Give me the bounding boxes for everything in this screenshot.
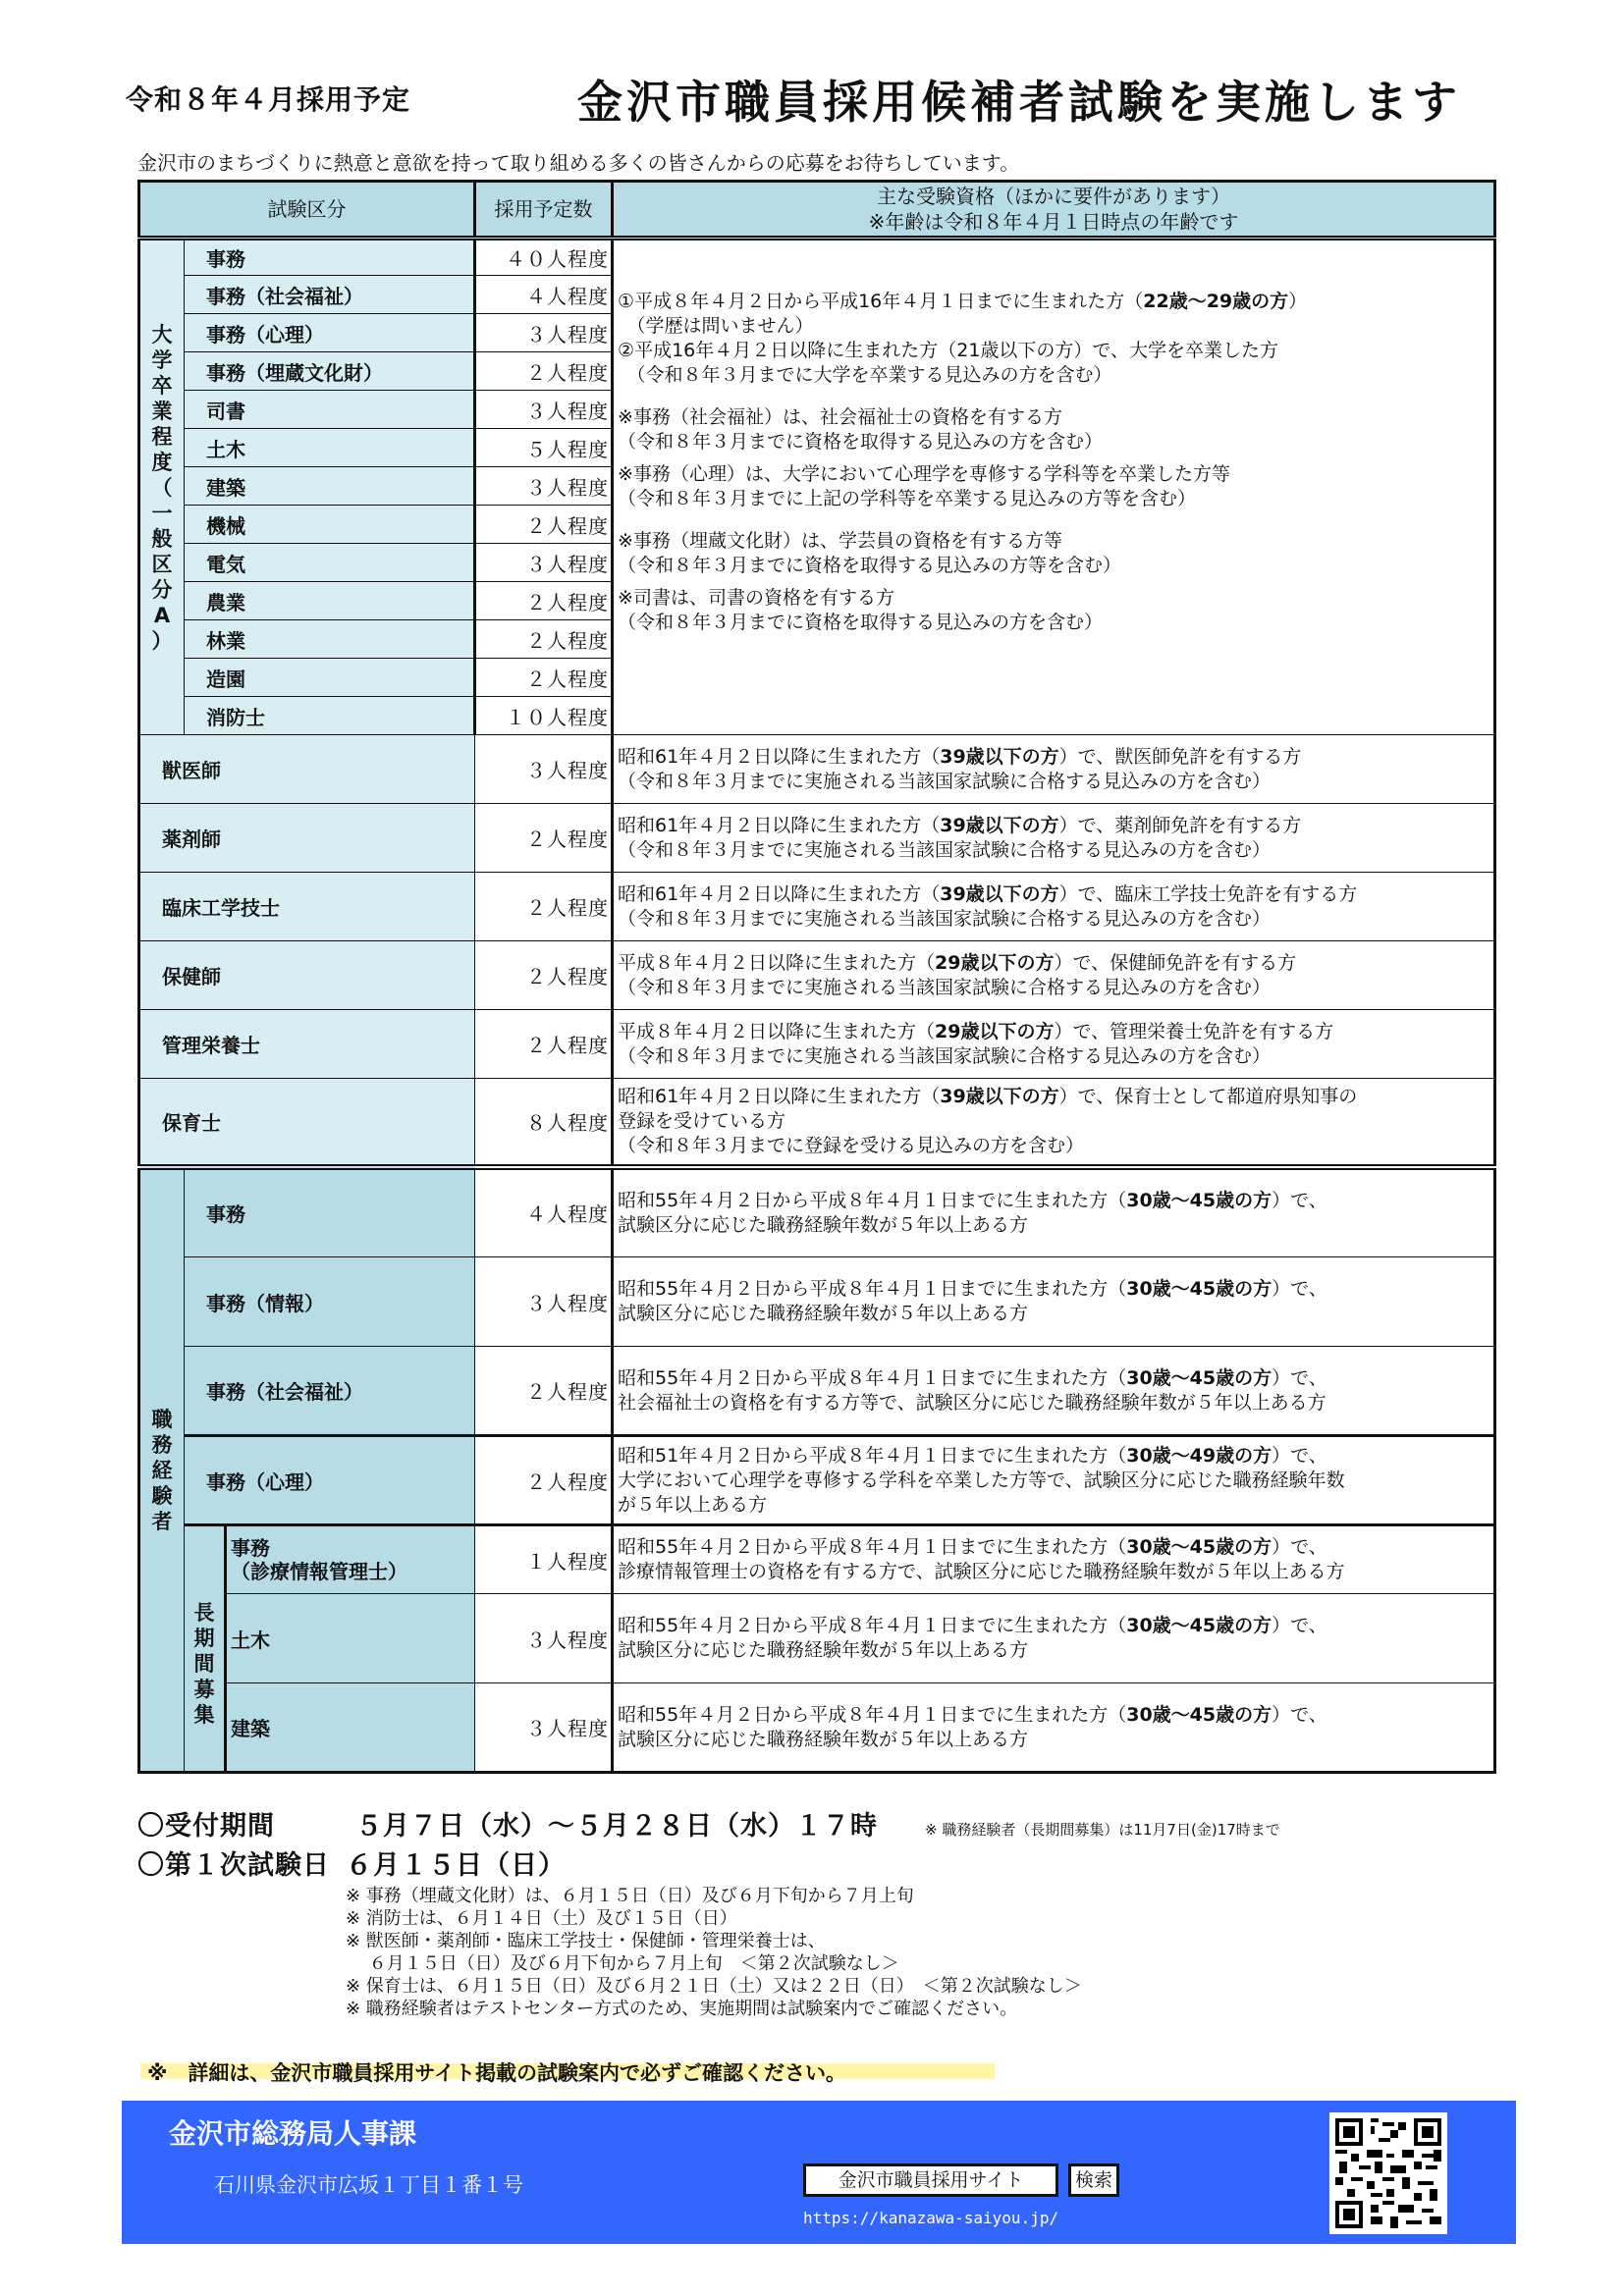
count-cell: ４０人程度 xyxy=(475,239,613,276)
count-cell: ３人程度 xyxy=(475,314,613,352)
application-note: ※ 職務経験者（長期間募集）は11月7日(金)17時まで xyxy=(925,1819,1280,1840)
category-cell: 事務（社会福祉） xyxy=(185,1347,475,1436)
intro-text: 金沢市のまちづくりに熱意と意欲を持って取り組める多くの皆さんからの応募をお待ちし… xyxy=(137,147,1019,176)
category-cell: 事務 xyxy=(185,239,475,276)
table-row: 職務経験者 事務 ４人程度 昭和55年４月２日から平成８年４月１日までに生まれた… xyxy=(139,1167,1495,1257)
category-cell: 獣医師 xyxy=(139,735,475,804)
table-row: 長期間募集 事務（診療情報管理士） １人程度 昭和55年４月２日から平成８年４月… xyxy=(139,1525,1495,1594)
category-cell: 機械 xyxy=(185,506,475,544)
page-title: 金沢市職員採用候補者試験を実施します xyxy=(577,67,1461,132)
category-cell: 臨床工学技士 xyxy=(139,873,475,941)
table-row: 建築 ３人程度 昭和55年４月２日から平成８年４月１日までに生まれた方（30歳～… xyxy=(139,1683,1495,1773)
qualification-cell: 昭和61年４月２日以降に生まれた方（39歳以下の方）で、薬剤師免許を有する方（令… xyxy=(613,804,1495,873)
qualification-cell: 昭和55年４月２日から平成８年４月１日までに生まれた方（30歳～45歳の方）で、… xyxy=(613,1594,1495,1683)
schedule-notes: ※ 事務（埋蔵文化財）は、６月１５日（日）及び６月下旬から７月上旬 ※ 消防士は… xyxy=(346,1885,1414,2020)
category-cell: 電気 xyxy=(185,544,475,582)
group-a-label: 大学卒業程度（一般区分A） xyxy=(139,239,185,735)
qualification-cell: 昭和61年４月２日以降に生まれた方（39歳以下の方）で、保育士として都道府県知事… xyxy=(613,1079,1495,1167)
category-cell: 事務（情報） xyxy=(185,1257,475,1347)
count-cell: １人程度 xyxy=(475,1525,613,1594)
count-cell: ２人程度 xyxy=(475,1436,613,1525)
header-count: 採用予定数 xyxy=(475,182,613,239)
category-cell: 建築 xyxy=(226,1683,475,1773)
schedule-note: ※ 消防士は、６月１４日（土）及び１５日（日） xyxy=(346,1907,1414,1930)
schedule-note: ※ 職務経験者はテストセンター方式のため、実施期間は試験案内でご確認ください。 xyxy=(346,1998,1414,2020)
count-cell: ２人程度 xyxy=(475,582,613,620)
qualification-cell: 昭和55年４月２日から平成８年４月１日までに生まれた方（30歳～45歳の方）で、… xyxy=(613,1525,1495,1594)
qualification-cell: 平成８年４月２日以降に生まれた方（29歳以下の方）で、保健師免許を有する方（令和… xyxy=(613,941,1495,1010)
table-row: 事務（情報） ３人程度 昭和55年４月２日から平成８年４月１日までに生まれた方（… xyxy=(139,1257,1495,1347)
table-row: 事務（社会福祉） ２人程度 昭和55年４月２日から平成８年４月１日までに生まれた… xyxy=(139,1347,1495,1436)
count-cell: ２人程度 xyxy=(475,1010,613,1079)
qualification-cell: 昭和61年４月２日以降に生まれた方（39歳以下の方）で、臨床工学技士免許を有する… xyxy=(613,873,1495,941)
table-row: 保育士 ８人程度 昭和61年４月２日以降に生まれた方（39歳以下の方）で、保育士… xyxy=(139,1079,1495,1167)
group-a-qualification: ①平成８年４月２日から平成16年４月１日までに生まれた方（22歳～29歳の方） … xyxy=(613,239,1495,735)
schedule-note: ６月１５日（日）及び６月下旬から７月上旬 ＜第２次試験なし＞ xyxy=(346,1952,1414,1975)
category-cell: 事務（埋蔵文化財） xyxy=(185,352,475,391)
count-cell: ２人程度 xyxy=(475,804,613,873)
search-input[interactable]: 金沢市職員採用サイト xyxy=(803,2163,1058,2197)
schedule-note: ※ 獣医師・薬剤師・臨床工学技士・保健師・管理栄養士は、 xyxy=(346,1930,1414,1952)
site-url-link[interactable]: https://kanazawa-saiyou.jp/ xyxy=(803,2209,1058,2227)
count-cell: １０人程度 xyxy=(475,697,613,735)
count-cell: ３人程度 xyxy=(475,1257,613,1347)
search-button[interactable]: 検索 xyxy=(1068,2163,1119,2197)
table-row: 事務（心理） ２人程度 昭和51年４月２日から平成８年４月１日までに生まれた方（… xyxy=(139,1436,1495,1525)
qualification-cell: 昭和61年４月２日以降に生まれた方（39歳以下の方）で、獣医師免許を有する方（令… xyxy=(613,735,1495,804)
count-cell: ４人程度 xyxy=(475,276,613,314)
qr-code-icon[interactable] xyxy=(1329,2112,1447,2234)
qualification-cell: 昭和55年４月２日から平成８年４月１日までに生まれた方（30歳～45歳の方）で、… xyxy=(613,1683,1495,1773)
category-cell: 司書 xyxy=(185,391,475,429)
long-term-label: 長期間募集 xyxy=(185,1525,226,1773)
count-cell: ２人程度 xyxy=(475,1347,613,1436)
count-cell: ２人程度 xyxy=(475,873,613,941)
footer-banner: 金沢市総務局人事課 石川県金沢市広坂１丁目１番１号 金沢市職員採用サイト 検索 … xyxy=(122,2101,1516,2244)
category-cell: 造園 xyxy=(185,659,475,697)
exam-date: 〇第１次試験日 ６月１５日（日） xyxy=(137,1843,1414,1883)
category-cell: 土木 xyxy=(226,1594,475,1683)
category-cell: 農業 xyxy=(185,582,475,620)
category-cell: 事務（診療情報管理士） xyxy=(226,1525,475,1594)
organization-name: 金沢市総務局人事課 xyxy=(169,2112,416,2152)
table-row: 保健師 ２人程度 平成８年４月２日以降に生まれた方（29歳以下の方）で、保健師免… xyxy=(139,941,1495,1010)
experienced-label: 職務経験者 xyxy=(139,1167,185,1773)
category-cell: 消防士 xyxy=(185,697,475,735)
category-cell: 事務（社会福祉） xyxy=(185,276,475,314)
organization-address: 石川県金沢市広坂１丁目１番１号 xyxy=(214,2169,523,2199)
table-row: 大学卒業程度（一般区分A） 事務 ４０人程度 ①平成８年４月２日から平成16年４… xyxy=(139,239,1495,276)
qualification-cell: 昭和55年４月２日から平成８年４月１日までに生まれた方（30歳～45歳の方）で、… xyxy=(613,1167,1495,1257)
count-cell: ３人程度 xyxy=(475,467,613,506)
count-cell: ４人程度 xyxy=(475,1167,613,1257)
category-cell: 事務（心理） xyxy=(185,1436,475,1525)
category-cell: 事務（心理） xyxy=(185,314,475,352)
qualification-cell: 昭和55年４月２日から平成８年４月１日までに生まれた方（30歳～45歳の方）で、… xyxy=(613,1347,1495,1436)
count-cell: ３人程度 xyxy=(475,1594,613,1683)
detail-note: ※ 詳細は、金沢市職員採用サイト掲載の試験案内で必ずご確認ください。 xyxy=(147,2057,846,2087)
count-cell: ３人程度 xyxy=(475,544,613,582)
qualification-cell: 昭和55年４月２日から平成８年４月１日までに生まれた方（30歳～45歳の方）で、… xyxy=(613,1257,1495,1347)
count-cell: ２人程度 xyxy=(475,352,613,391)
count-cell: ３人程度 xyxy=(475,391,613,429)
count-cell: ２人程度 xyxy=(475,620,613,659)
category-cell: 保健師 xyxy=(139,941,475,1010)
category-cell: 林業 xyxy=(185,620,475,659)
table-row: 土木 ３人程度 昭和55年４月２日から平成８年４月１日までに生まれた方（30歳～… xyxy=(139,1594,1495,1683)
recruitment-period-label: 令和８年４月採用予定 xyxy=(126,79,410,118)
category-cell: 事務 xyxy=(185,1167,475,1257)
category-cell: 管理栄養士 xyxy=(139,1010,475,1079)
table-row: 臨床工学技士 ２人程度 昭和61年４月２日以降に生まれた方（39歳以下の方）で、… xyxy=(139,873,1495,941)
count-cell: ２人程度 xyxy=(475,659,613,697)
count-cell: ８人程度 xyxy=(475,1079,613,1167)
qualification-cell: 昭和51年４月２日から平成８年４月１日までに生まれた方（30歳～49歳の方）で、… xyxy=(613,1436,1495,1525)
count-cell: ２人程度 xyxy=(475,941,613,1010)
table-row: 管理栄養士 ２人程度 平成８年４月２日以降に生まれた方（29歳以下の方）で、管理… xyxy=(139,1010,1495,1079)
count-cell: ３人程度 xyxy=(475,1683,613,1773)
category-cell: 土木 xyxy=(185,429,475,467)
count-cell: ２人程度 xyxy=(475,506,613,544)
category-cell: 建築 xyxy=(185,467,475,506)
schedule-section: 〇受付期間 ５月７日（水）～５月２８日（水）１７時 ※ 職務経験者（長期間募集）… xyxy=(137,1804,1414,2020)
table-row: 獣医師 ３人程度 昭和61年４月２日以降に生まれた方（39歳以下の方）で、獣医師… xyxy=(139,735,1495,804)
category-cell: 保育士 xyxy=(139,1079,475,1167)
schedule-note: ※ 保育士は、６月１５日（日）及び６月２１日（土）又は２２日（日） ＜第２次試験… xyxy=(346,1975,1414,1998)
table-row: 薬剤師 ２人程度 昭和61年４月２日以降に生まれた方（39歳以下の方）で、薬剤師… xyxy=(139,804,1495,873)
table-header-row: 試験区分 採用予定数 主な受験資格（ほかに要件があります） ※年齢は令和８年４月… xyxy=(139,182,1495,239)
exam-table: 試験区分 採用予定数 主な受験資格（ほかに要件があります） ※年齢は令和８年４月… xyxy=(137,180,1496,1774)
qualification-cell: 平成８年４月２日以降に生まれた方（29歳以下の方）で、管理栄養士免許を有する方（… xyxy=(613,1010,1495,1079)
category-cell: 薬剤師 xyxy=(139,804,475,873)
schedule-note: ※ 事務（埋蔵文化財）は、６月１５日（日）及び６月下旬から７月上旬 xyxy=(346,1885,1414,1907)
header-qualification: 主な受験資格（ほかに要件があります） ※年齢は令和８年４月１日時点の年齢です xyxy=(613,182,1495,239)
count-cell: ５人程度 xyxy=(475,429,613,467)
header-category: 試験区分 xyxy=(139,182,475,239)
count-cell: ３人程度 xyxy=(475,735,613,804)
application-period: 〇受付期間 ５月７日（水）～５月２８日（水）１７時 ※ 職務経験者（長期間募集）… xyxy=(137,1804,1414,1843)
